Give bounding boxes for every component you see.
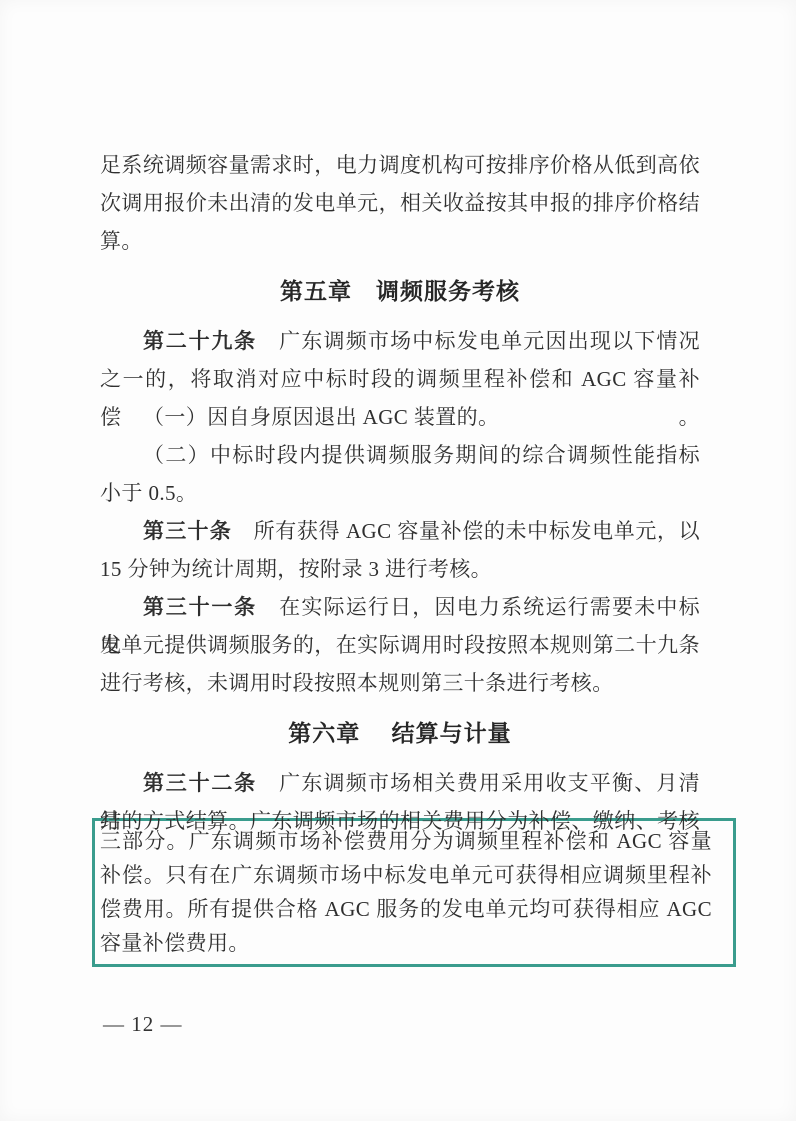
highlight-box-line: 容量补偿费用。 bbox=[100, 926, 712, 960]
article-32-number: 第三十二条 bbox=[143, 771, 257, 795]
paragraph-line: 次调用报价未出清的发电单元，相关收益按其申报的排序价格结 bbox=[100, 184, 700, 222]
article-31-line: 进行考核，未调用时段按照本规则第三十条进行考核。 bbox=[100, 664, 700, 702]
chapter-5-heading: 第五章 调频服务考核 bbox=[100, 272, 700, 310]
list-item-2-line: 小于 0.5。 bbox=[100, 474, 700, 512]
article-29-text: 广东调频市场中标发电单元因出现以下情况 bbox=[257, 329, 700, 353]
article-30-line: 第三十条 所有获得 AGC 容量补偿的未中标发电单元，以 bbox=[100, 512, 700, 550]
article-31-number: 第三十一条 bbox=[143, 595, 257, 619]
highlight-box-line: 补偿。只有在广东调频市场中标发电单元可获得相应调频里程补 bbox=[100, 858, 712, 892]
document-body: 足系统调频容量需求时，电力调度机构可按排序价格从低到高依 次调用报价未出清的发电… bbox=[100, 146, 700, 967]
list-item-2-line: （二）中标时段内提供调频服务期间的综合调频性能指标 bbox=[100, 436, 700, 474]
paragraph-line: 足系统调频容量需求时，电力调度机构可按排序价格从低到高依 bbox=[100, 146, 700, 184]
article-30-number: 第三十条 bbox=[143, 519, 232, 543]
highlight-box: 三部分。广东调频市场补偿费用分为调频里程补偿和 AGC 容量 补偿。只有在广东调… bbox=[92, 818, 736, 967]
article-30-line: 15 分钟为统计周期，按附录 3 进行考核。 bbox=[100, 550, 700, 588]
document-page: 足系统调频容量需求时，电力调度机构可按排序价格从低到高依 次调用报价未出清的发电… bbox=[0, 0, 796, 1121]
article-29-line: 第二十九条 广东调频市场中标发电单元因出现以下情况 bbox=[100, 322, 700, 360]
chapter-6-heading: 第六章 结算与计量 bbox=[100, 714, 700, 752]
paragraph-line: 算。 bbox=[100, 222, 700, 260]
highlight-box-line: 三部分。广东调频市场补偿费用分为调频里程补偿和 AGC 容量 bbox=[100, 824, 712, 858]
article-31-line: 第三十一条 在实际运行日，因电力系统运行需要未中标发 bbox=[100, 588, 700, 626]
page-number: — 12 — bbox=[103, 1012, 183, 1037]
article-30-text: 所有获得 AGC 容量补偿的未中标发电单元，以 bbox=[232, 519, 700, 543]
article-29-number: 第二十九条 bbox=[143, 329, 257, 353]
article-29-line: 之一的，将取消对应中标时段的调频里程补偿和 AGC 容量补偿。 bbox=[100, 360, 700, 398]
article-31-line: 电单元提供调频服务的，在实际调用时段按照本规则第二十九条 bbox=[100, 626, 700, 664]
article-32-line: 第三十二条 广东调频市场相关费用采用收支平衡、月清月 bbox=[100, 764, 700, 802]
highlight-box-line: 偿费用。所有提供合格 AGC 服务的发电单元均可获得相应 AGC bbox=[100, 892, 712, 926]
